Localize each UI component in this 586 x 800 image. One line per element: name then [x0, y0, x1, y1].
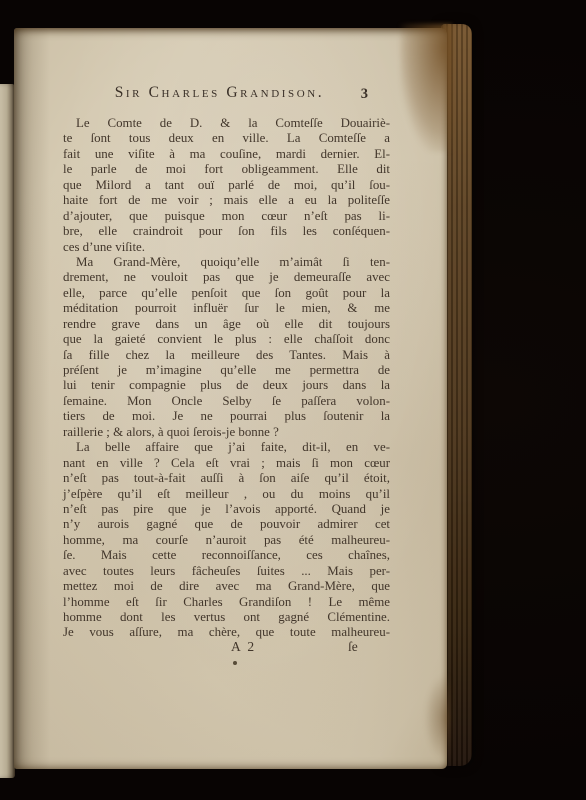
page-header: Sir Charles Grandison. 3	[63, 84, 390, 104]
text-line: n’y aurois gagné que de pouvoir admirer …	[63, 517, 390, 532]
text-line: nant en ville ? Cela eſt vrai ; mais ſi …	[63, 456, 390, 471]
text-line: ſa fille chez la meilleure des Tantes. M…	[63, 348, 390, 363]
text-line: lui tenir compagnie plus de deux jours d…	[63, 378, 390, 393]
text-line: que Milord a tant ouï parlé de moi, qu’i…	[63, 178, 390, 193]
text-line: fait une viſite à ma couſine, mardi dern…	[63, 147, 390, 162]
text-line: homme, ma courſe n’auroit pas été malheu…	[63, 533, 390, 548]
text-line: rendre grave dans un âge où elle dit tou…	[63, 317, 390, 332]
book-page: Sir Charles Grandison. 3 Le Comte de D. …	[14, 28, 447, 769]
ink-speck	[233, 661, 237, 665]
adjacent-page-edge	[0, 84, 15, 778]
text-line: te ſont tous deux en ville. La Comteſſe …	[63, 131, 390, 146]
text-line: ſe. Mais cette reconnoiſſance, ces chaîn…	[63, 548, 390, 563]
text-line: haite fort de me voir ; mais elle a eu l…	[63, 193, 390, 208]
catchword: ſe	[348, 639, 358, 655]
body-text: Le Comte de D. & la Comteſſe Douairiè-te…	[63, 116, 390, 641]
text-line: Le Comte de D. & la Comteſſe Douairiè-	[63, 116, 390, 131]
gutter-shadow	[14, 28, 50, 769]
text-line: méditation pourroit influër ſur le mien,…	[63, 301, 390, 316]
signature-row: A 2 ſe	[63, 639, 390, 656]
text-line: ces d’une viſite.	[63, 240, 390, 255]
text-line: préſent je m’imagine qu’elle me permettr…	[63, 363, 390, 378]
text-line: tiers de moi. Je ne pourrai plus ſouteni…	[63, 409, 390, 424]
photo-background: Sir Charles Grandison. 3 Le Comte de D. …	[0, 0, 586, 800]
text-line: raillerie ; & alors, à quoi ſerois-je bo…	[63, 425, 390, 440]
text-line: elle, parce qu’elle penſoit que ſon goût…	[63, 286, 390, 301]
signature-mark: A 2	[231, 639, 256, 655]
text-line: Ma Grand-Mère, quoiqu’elle m’aimât ſi te…	[63, 255, 390, 270]
text-line: le parle de moi fort obligeamment. Elle …	[63, 162, 390, 177]
text-line: homme dont les vertus ont gagné Clémenti…	[63, 610, 390, 625]
text-line: n’eſt pas pire que je l’avois apporté. Q…	[63, 502, 390, 517]
text-line: d’ajouter, que puisque mon cœur n’eſt pa…	[63, 209, 390, 224]
edge-stain	[424, 673, 450, 763]
text-line: j’eſpère qu’il eſt meilleur , ou du moin…	[63, 487, 390, 502]
text-line: n’eſt pas tout-à-fait auſſi à ſon aiſe q…	[63, 471, 390, 486]
corner-stain	[400, 24, 452, 152]
text-line: drement, ne vouloit pas que je demeuraſſ…	[63, 270, 390, 285]
text-line: l’homme eſt ſir Charles Grandiſon ! Le m…	[63, 595, 390, 610]
running-title: Sir Charles Grandison.	[63, 84, 390, 102]
text-line: ſemaine. Mon Oncle Selby ſe paſſera volo…	[63, 394, 390, 409]
page-number: 3	[361, 86, 368, 103]
text-line: bre, elle craindroit pour ſon fils les c…	[63, 224, 390, 239]
text-line: que la gaieté convient le plus : elle ch…	[63, 332, 390, 347]
text-line: mettez moi de dire avec ma Grand-Mère, q…	[63, 579, 390, 594]
text-line: avec toutes leurs fâcheuſes ſuites ... M…	[63, 564, 390, 579]
text-line: La belle affaire que j’ai faite, dit-il,…	[63, 440, 390, 455]
